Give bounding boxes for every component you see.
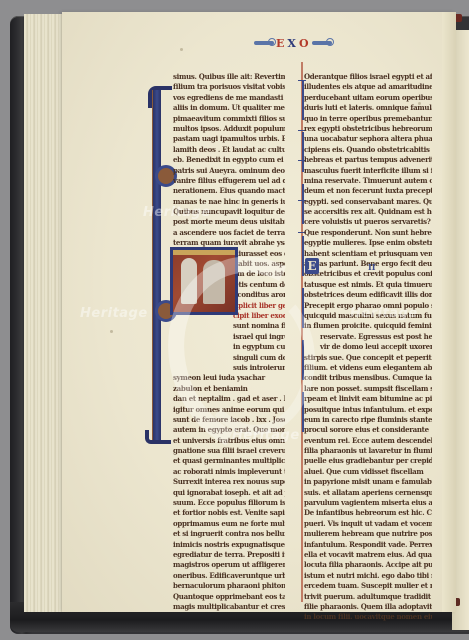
text-line: vos egrediens de me mandasti sic <box>173 93 285 103</box>
decorated-initial-e: E <box>305 258 319 274</box>
text-line: puelle eius gradiebantur per crepidinem <box>304 456 432 466</box>
text-line: et quasi germinantes multiplicati sunt <box>173 456 285 466</box>
text-line: aliis in domum. Ut qualiter me fil <box>173 103 285 113</box>
text-line: a ascendere uos faciet de terra ista ad <box>173 228 285 238</box>
text-line: perducebant uitam eorum operibus <box>304 93 432 103</box>
text-line: Surrexit interea rex nouus super egyptum <box>173 477 285 487</box>
text-line: oneribus. Edificaveruntque urbes ta <box>173 571 285 581</box>
text-line: in papyrione misit unam e famulabus <box>304 477 432 487</box>
text-line: qui ignorabat ioseph. et ait ad populum <box>173 488 285 498</box>
chapter-numeral: II <box>368 262 375 272</box>
text-line: pastam uagi ipamultos urbis. Eorum <box>173 134 285 144</box>
text-line: deum et non fecerunt iuxta preceptum reg… <box>304 186 432 196</box>
text-line: masculus fuerit interficite illum si fe <box>304 166 432 176</box>
parchment-stain <box>180 48 183 51</box>
text-line: opprimamus eum ne forte multiplicetur <box>173 519 285 529</box>
text-line: se accersitis rex ait. Quidnam est hoc q… <box>304 207 432 217</box>
text-line: nerationem. Eius quando mactar filij <box>173 186 285 196</box>
text-line: lamith deos . Et laudat ac cultum lagui <box>173 145 285 155</box>
running-title: E X O <box>254 36 332 50</box>
text-line: vanire filius effugerem uel ad diam ge <box>173 176 285 186</box>
leaf-curl-shadow <box>442 12 456 612</box>
text-line: et fortior nobis est. Venite sapienter <box>173 508 285 518</box>
text-line: ac roborati nimis impleverunt terram. <box>173 467 285 477</box>
text-line: egyptie mulieres. Ipse enim obstetricand… <box>304 238 432 248</box>
text-line: una uocabatur sephora altera phua pre <box>304 134 432 144</box>
text-line: ella et vocavit matrem eius. Ad quam <box>304 550 432 560</box>
text-line: suum. Ecce populus filiorum israel multu… <box>173 498 285 508</box>
text-line: Oderantque filios israel egypti et affli… <box>304 72 432 82</box>
text-line: tatusque est nimis. Et quia timuerunt <box>304 280 432 290</box>
text-line: Quantoque opprimebant eos tanto <box>173 592 285 602</box>
text-line: filie pharaonis. Quem illa adoptavit <box>304 602 432 612</box>
text-line: parvulum vagientem miserta eius ait. <box>304 498 432 508</box>
text-line: eb. Benedixit in egypto cum ei terra <box>173 155 285 165</box>
text-line: illudentes eis atque ad amaritudinem <box>304 82 432 92</box>
text-line: infantulum. Respondit vade. Perrexit pu <box>304 540 432 550</box>
miniature-gold-band <box>173 250 235 255</box>
text-line: mulierem hebream que nutrire possit <box>304 529 432 539</box>
flourish-right-icon <box>312 41 332 45</box>
manuscript-photograph: E X O simus. Quibus ille ait: Revertimin… <box>0 0 469 640</box>
text-line: et si ingruerit contra nos bellum: addat… <box>173 529 285 539</box>
running-title-letter: E <box>276 37 285 50</box>
flourish-left-icon <box>254 41 274 45</box>
text-line: aluei. Que cum vidisset fiscellam <box>304 467 432 477</box>
text-line: rex egypti obstetricibus hebreorum quaru… <box>304 124 432 134</box>
text-line: hebreas et partus tempus advenerit si <box>304 155 432 165</box>
text-line: egypti. sed conservabant mares. Quibus a… <box>304 197 432 207</box>
text-line: bernaculorum pharaoni phiton et ramesses… <box>173 581 285 591</box>
text-line: quo in terre operibus premebantur. Dixit… <box>304 114 432 124</box>
text-line: mina reservate. Timuerunt autem obstetri… <box>304 176 432 186</box>
text-line: patris sui Aueyra. ominum deos quod <box>173 166 285 176</box>
text-line: filia pharaonis ut lavaretur in flumine.… <box>304 446 432 456</box>
running-title-letter: X <box>287 37 297 50</box>
text-line: eventum rei. Ecce autem descendebat <box>304 436 432 446</box>
text-line: filium tra porisuos visitat vobis uotum <box>173 82 285 92</box>
text-line: inimicis nostris expugnatisque nobis <box>173 540 285 550</box>
text-line: De infantibus hebreorum est hic. Cui sor… <box>304 508 432 518</box>
text-line: duris luti et lateris. omnique famulatu <box>304 103 432 113</box>
text-line: habent scientiam et priusquam veniamus <box>304 249 432 259</box>
text-line: cipiens eis. Quando obstetricabitis <box>304 145 432 155</box>
parchment-stain <box>110 330 113 333</box>
running-title-letter: O <box>299 37 310 50</box>
text-line: in locum filii. uocavitque nomen eius <box>304 612 432 622</box>
text-line: pueri. Vis inquit ut vadam et vocem tibi <box>304 519 432 529</box>
text-line: pimaeavitum commixti filios suos <box>173 114 285 124</box>
watermark-arc <box>195 285 315 435</box>
text-line: Que responderunt. Non sunt hebree sicut <box>304 228 432 238</box>
text-line: locuta filia pharaonis. Accipe ait pueru… <box>304 560 432 570</box>
text-line: magis multiplicabantur et crescebant <box>173 602 285 612</box>
initial-i-stem <box>152 90 161 442</box>
text-line: suis. et allatam aperiens cernensque in … <box>304 488 432 498</box>
text-line: multos ipsos. Adduxit populum . Ego <box>173 124 285 134</box>
text-line: egrediatur de terra. Prepositi itaque <box>173 550 285 560</box>
text-line: cere voluistis ut pueros servaretis? <box>304 217 432 227</box>
text-line: trivit puerum. adultumque tradidit <box>304 592 432 602</box>
text-line: magistros operum ut affligerent eos <box>173 560 285 570</box>
text-line: istum et nutri michi. ego dabo tibi m <box>304 571 432 581</box>
text-line: ercedem tuam. Suscepit mulier et nu <box>304 581 432 591</box>
text-line: simus. Quibus ille ait: Revertimini <box>173 72 285 82</box>
text-line: post morte meum deus uisitabit uos <box>173 217 285 227</box>
text-line: Quibus nuncupavit loquitur de filiis sui… <box>173 207 285 217</box>
initial-i-foot <box>145 430 171 444</box>
text-line: manas te nae hinc in generis ius Jacob <box>173 197 285 207</box>
